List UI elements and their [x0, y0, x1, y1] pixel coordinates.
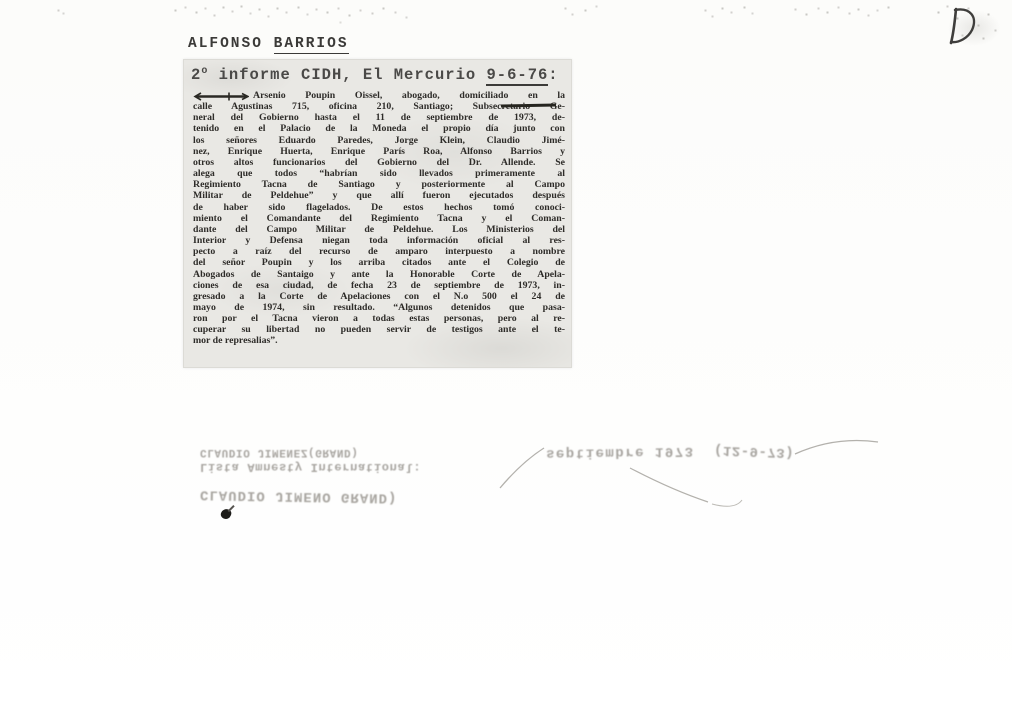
clipping-line: Militar de Peldehue” y que allí fueron e…	[193, 190, 565, 201]
title-last-name: BARRIOS	[274, 36, 349, 54]
clipping-line: los señores Eduardo Paredes, Jorge Klein…	[193, 135, 565, 146]
clipping-line: Arsenio Poupin Oissel, abogado, domicili…	[193, 90, 565, 101]
clipping-line: alega que todos “habrían sido llevados p…	[193, 168, 565, 179]
bleedthrough-name-line-2: CLAUDIO JIMENO GRAND)	[200, 486, 398, 505]
ink-blot	[220, 508, 233, 521]
scanned-document-page: ALFONSO BARRIOS 2o informe CIDH, El Merc…	[0, 0, 1012, 717]
clipping-line: nez, Enrique Huerta, Enrique París Roa, …	[193, 146, 565, 157]
bleedthrough-amnesty-line: Lista Amnesty International:	[200, 460, 421, 474]
note-text: informe CIDH, El Mercurio	[208, 66, 486, 84]
clipping-line: tenido en el Palacio de la Moneda el pro…	[193, 123, 565, 134]
double-arrow-icon	[193, 92, 249, 101]
clipping-text-block: Arsenio Poupin Oissel, abogado, domicili…	[193, 90, 565, 347]
typed-annotation-line: 2o informe CIDH, El Mercurio 9-6-76:	[184, 60, 571, 86]
clipping-line: Regimiento Tacna de Santiago y posterior…	[193, 179, 565, 190]
letter-d-glyph	[944, 5, 988, 51]
clipping-line: gresado a la Corte de Apelaciones con el…	[193, 291, 565, 302]
handwritten-letter-d	[944, 5, 988, 51]
newspaper-clipping: 2o informe CIDH, El Mercurio 9-6-76: Ars…	[183, 59, 572, 368]
note-colon: :	[548, 66, 558, 84]
clipping-line: otros altos funcionarios del Gobierno de…	[193, 157, 565, 168]
clipping-line: Abogados de Santaigo y ante la Honorable…	[193, 269, 565, 280]
clipping-first-line-text: Arsenio Poupin Oissel, abogado, domicili…	[253, 90, 565, 101]
clipping-line: Interior y Defensa niegan toda informaci…	[193, 235, 565, 246]
page-title: ALFONSO BARRIOS	[188, 36, 349, 52]
note-number: 2	[191, 66, 201, 84]
clipping-line: cuperar su libertad no pueden servir de …	[193, 324, 565, 335]
pen-swoosh-strokes	[480, 430, 900, 530]
title-first-name: ALFONSO	[188, 36, 274, 52]
scan-noise-speckles	[0, 0, 1, 1]
clipping-line: ciones de esa ciudad, de fecha 23 de sep…	[193, 280, 565, 291]
clipping-line: miento el Comandante del Regimiento Tacn…	[193, 213, 565, 224]
note-date: 9-6-76	[486, 66, 548, 86]
clipping-line: del señor Poupin y los arriba citados an…	[193, 257, 565, 268]
clipping-line: mayo de 1974, sin resultado. “Algunos de…	[193, 302, 565, 313]
clipping-line: neral del Gobierno hasta el 11 de septie…	[193, 112, 565, 123]
clipping-line: de haber sido flagelados. De estos hecho…	[193, 202, 565, 213]
clipping-line: pecto a raíz del recurso de amparo inter…	[193, 246, 565, 257]
bleedthrough-name-line: CLAUDIO JIMENEZ(GRAND)	[200, 446, 358, 458]
clipping-line: ron por el Tacna vieron a todas estas pe…	[193, 313, 565, 324]
clipping-line: mor de represalias”.	[193, 335, 565, 346]
clipping-line: dante del Campo Militar de Peldehue. Los…	[193, 224, 565, 235]
